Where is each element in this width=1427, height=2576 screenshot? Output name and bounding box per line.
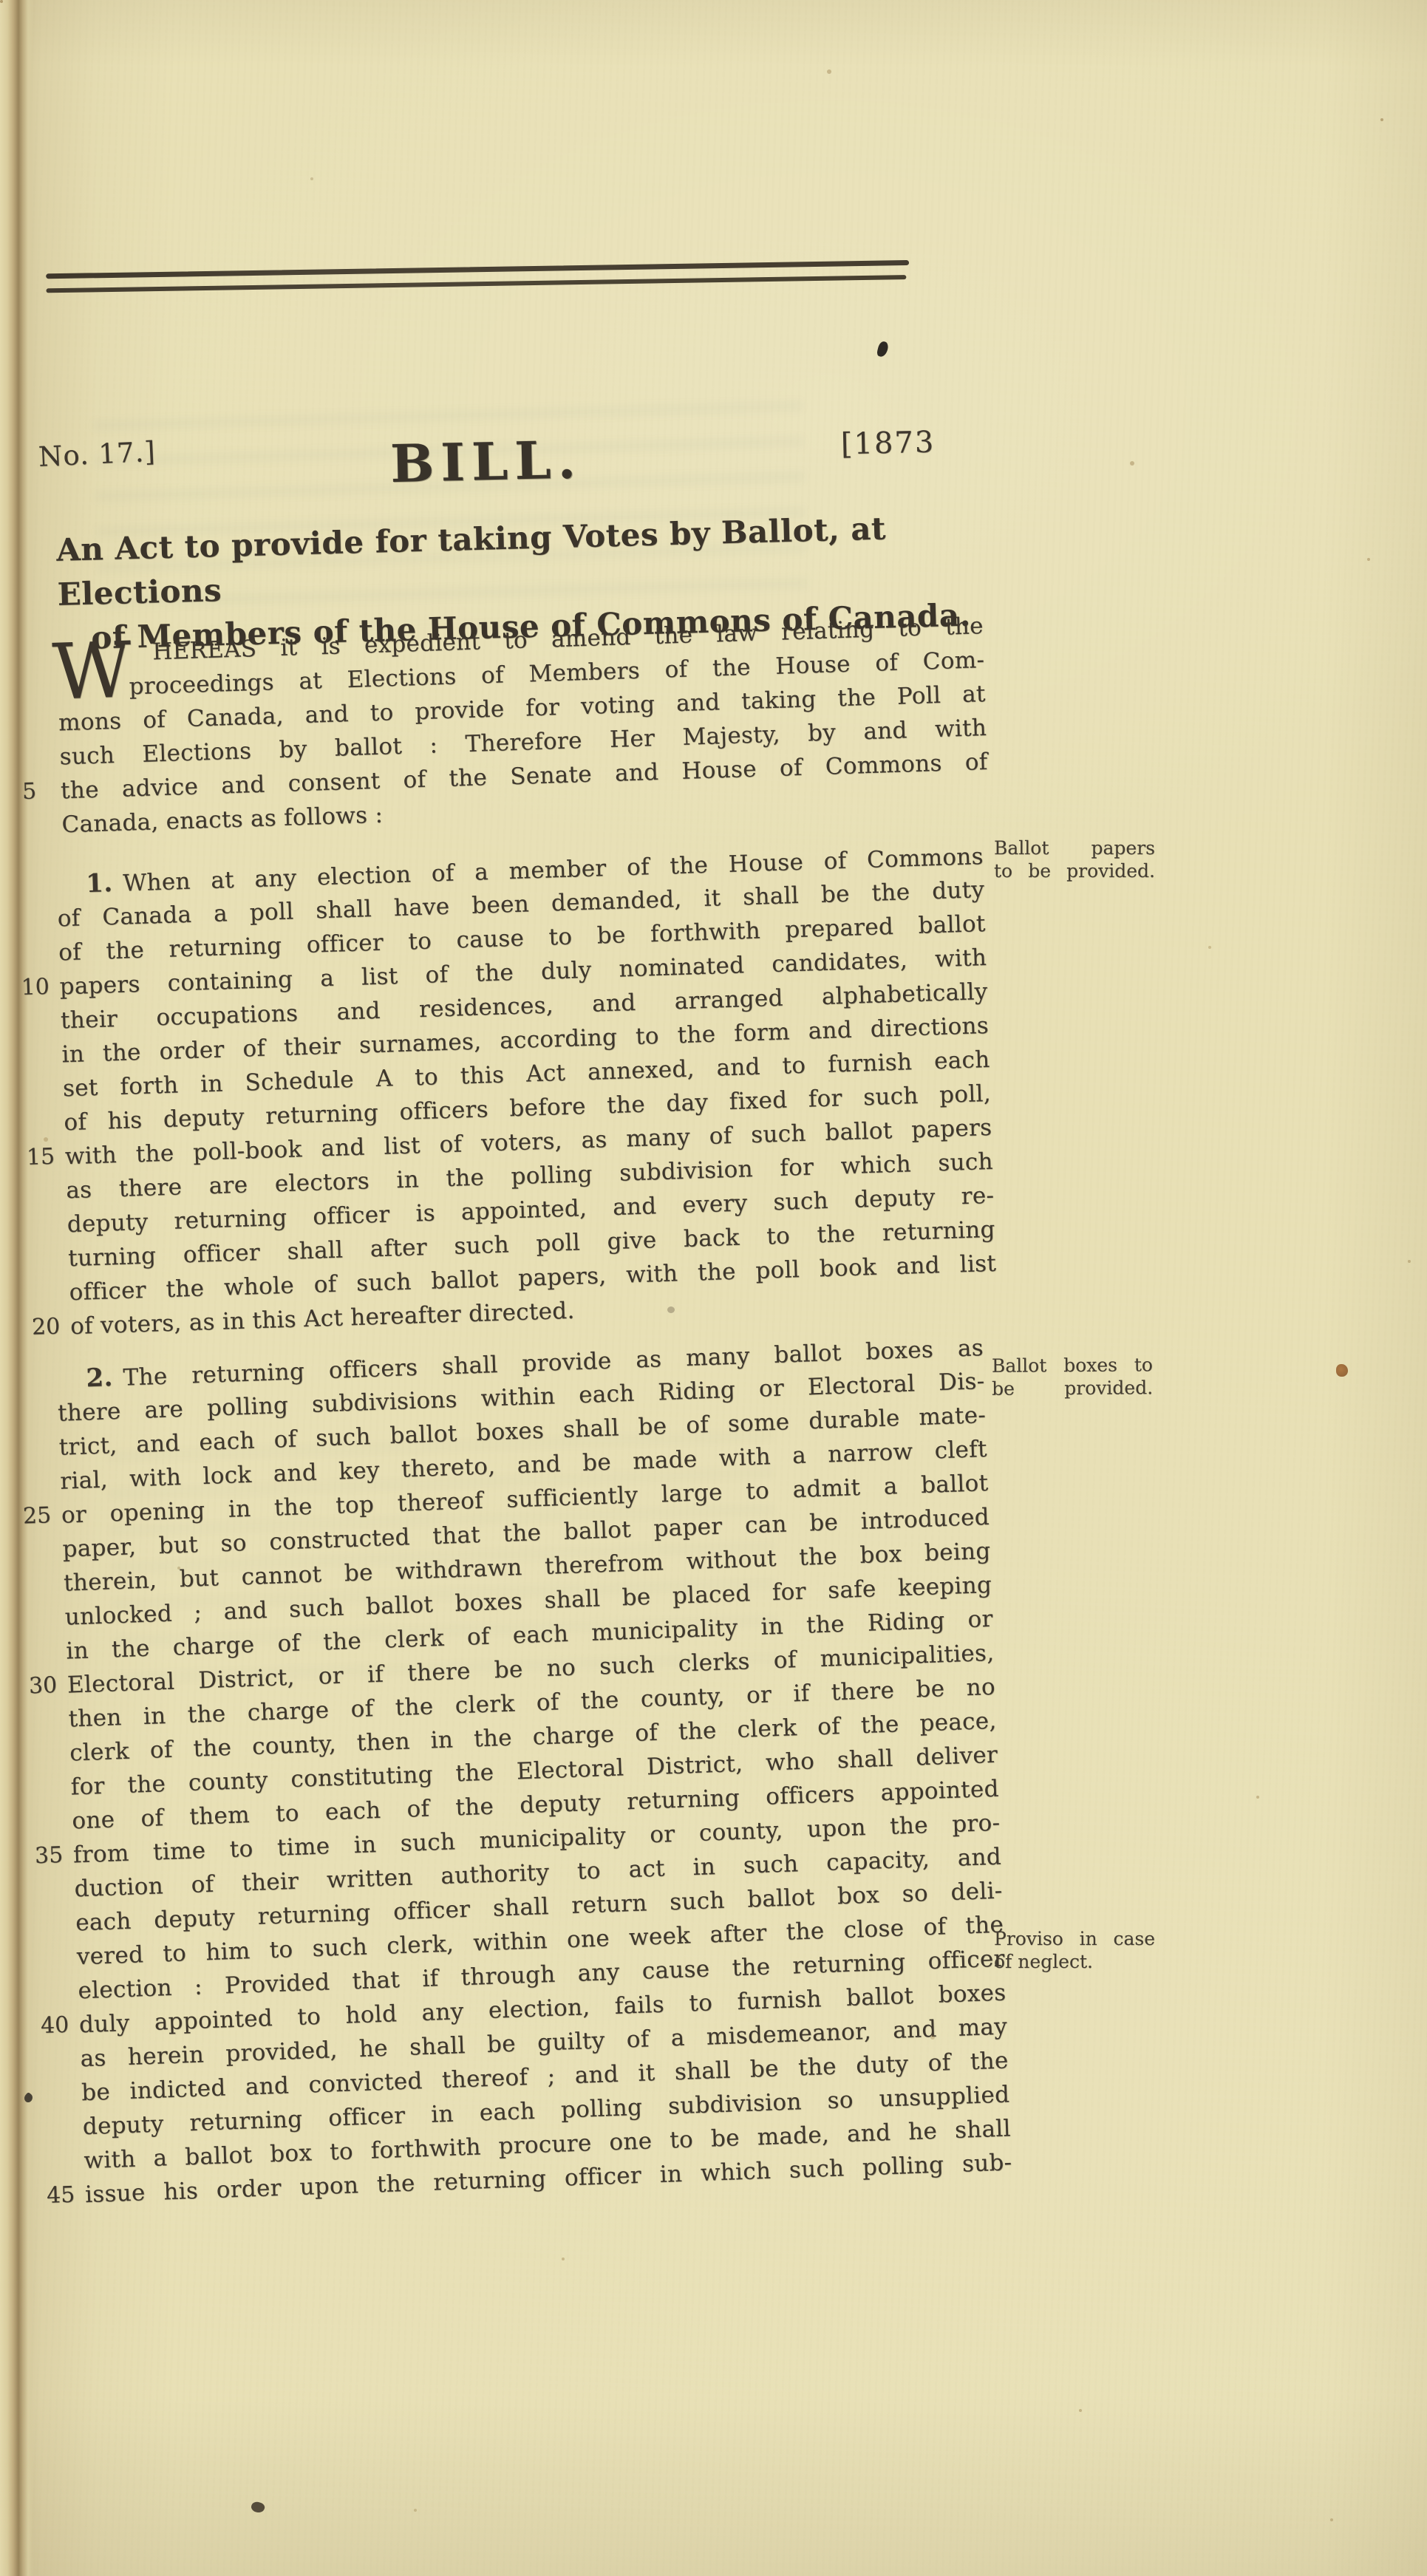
section-1-lines: 1.When at any election of a member of th… xyxy=(56,839,998,1343)
section-number: 1. xyxy=(86,868,123,899)
section-2-lines: 2.The returning officers shall provide a… xyxy=(56,1330,1012,2212)
line-number: 40 xyxy=(40,2008,77,2043)
section-2-paragraph: 2.The returning officers shall provide a… xyxy=(56,1330,1012,2212)
margin-note-line: Ballot papers xyxy=(994,836,1155,859)
section-1-paragraph: 1.When at any election of a member of th… xyxy=(56,839,998,1343)
year-label: [1873 xyxy=(840,425,935,461)
margin-note-proviso: Proviso in case of neglect. xyxy=(994,1927,1155,1973)
line-number: 5 xyxy=(21,774,58,808)
line-number: 30 xyxy=(28,1669,65,1704)
bill-number: No. 17.] xyxy=(38,435,157,472)
margin-note-line: to be provided. xyxy=(994,859,1155,882)
line-number: 10 xyxy=(21,970,57,1004)
scanned-bill-page: { "page": { "number_label": "No. 17.]", … xyxy=(0,0,1427,2576)
preamble-lines: HEREAS it is expedient to amend the law … xyxy=(56,609,990,842)
section-number: 2. xyxy=(86,1363,123,1394)
preamble-paragraph: W HEREAS it is expedient to amend the la… xyxy=(56,609,990,842)
margin-note-line: be provided. xyxy=(992,1376,1153,1400)
margin-note-line: Proviso in case xyxy=(994,1927,1155,1950)
margin-note-line: Ballot boxes to xyxy=(992,1353,1153,1377)
line-number: 45 xyxy=(46,2178,83,2213)
foxing-spot xyxy=(1336,1364,1348,1377)
paper-specks xyxy=(0,0,3,3)
margin-note-line: of neglect. xyxy=(994,1951,1093,1972)
margin-note-ballot-papers: Ballot papers to be provided. xyxy=(994,836,1155,882)
line-number: 25 xyxy=(22,1499,59,1534)
book-spine-edge xyxy=(0,0,34,2576)
line-text: Canada, enacts as follows : xyxy=(61,802,384,839)
margin-note-ballot-boxes: Ballot boxes to be provided. xyxy=(992,1353,1153,1400)
line-number: 15 xyxy=(26,1139,62,1174)
faint-ink-dot xyxy=(667,1306,675,1313)
line-number: 35 xyxy=(34,1839,71,1874)
line-number: 20 xyxy=(31,1309,67,1344)
masthead-title: BILL. xyxy=(389,429,583,494)
